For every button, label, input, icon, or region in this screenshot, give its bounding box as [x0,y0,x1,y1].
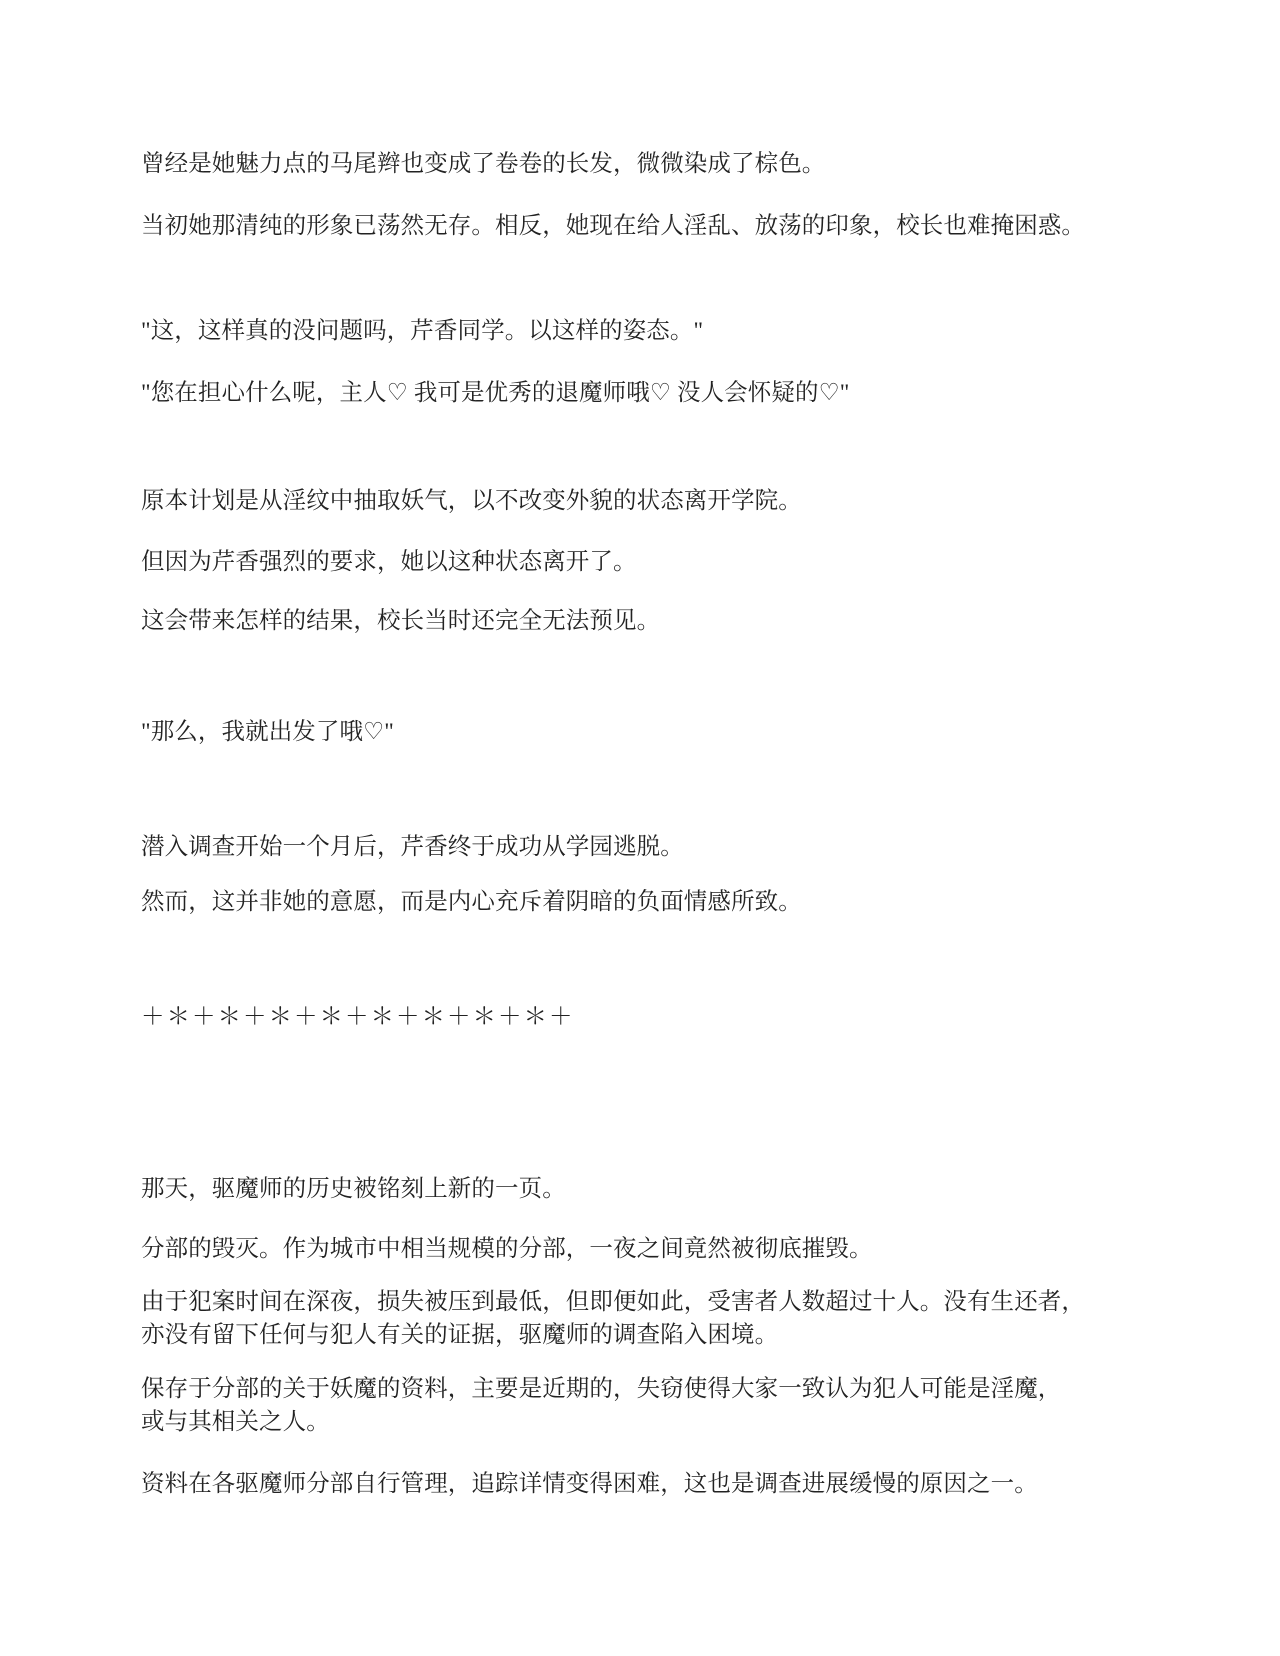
dialogue-paragraph: "您在担心什么呢，主人♡ 我可是优秀的退魔师哦♡ 没人会怀疑的♡" [141,377,1141,410]
story-paragraph: 这会带来怎样的结果，校长当时还完全无法预见。 [141,605,1141,638]
story-paragraph: 然而，这并非她的意愿，而是内心充斥着阴暗的负面情感所致。 [141,886,1141,919]
story-paragraph: 由于犯案时间在深夜，损失被压到最低，但即便如此，受害者人数超过十人。没有生还者，… [141,1286,1141,1352]
story-paragraph: 潜入调查开始一个月后，芹香终于成功从学园逃脱。 [141,831,1141,864]
dialogue-paragraph: "这，这样真的没问题吗，芹香同学。以这样的姿态。" [141,315,1141,348]
document-page: 曾经是她魅力点的马尾辫也变成了卷卷的长发，微微染成了棕色。 当初她那清纯的形象已… [0,0,1280,1656]
story-paragraph: 保存于分部的关于妖魔的资料，主要是近期的，失窃使得大家一致认为犯人可能是淫魔， … [141,1373,1141,1439]
story-paragraph: 那天，驱魔师的历史被铭刻上新的一页。 [141,1173,1141,1206]
scene-separator: ＋＊＋＊＋＊＋＊＋＊＋＊＋＊＋＊＋ [141,1001,1141,1034]
story-paragraph: 但因为芹香强烈的要求，她以这种状态离开了。 [141,546,1141,579]
story-paragraph: 原本计划是从淫纹中抽取妖气，以不改变外貌的状态离开学院。 [141,485,1141,518]
story-paragraph: 分部的毁灭。作为城市中相当规模的分部，一夜之间竟然被彻底摧毁。 [141,1233,1141,1266]
story-paragraph: 曾经是她魅力点的马尾辫也变成了卷卷的长发，微微染成了棕色。 [141,148,1141,181]
dialogue-paragraph: "那么，我就出发了哦♡" [141,716,1141,749]
story-paragraph: 当初她那清纯的形象已荡然无存。相反，她现在给人淫乱、放荡的印象，校长也难掩困惑。 [141,210,1141,243]
story-paragraph: 资料在各驱魔师分部自行管理，追踪详情变得困难，这也是调查进展缓慢的原因之一。 [141,1468,1141,1501]
